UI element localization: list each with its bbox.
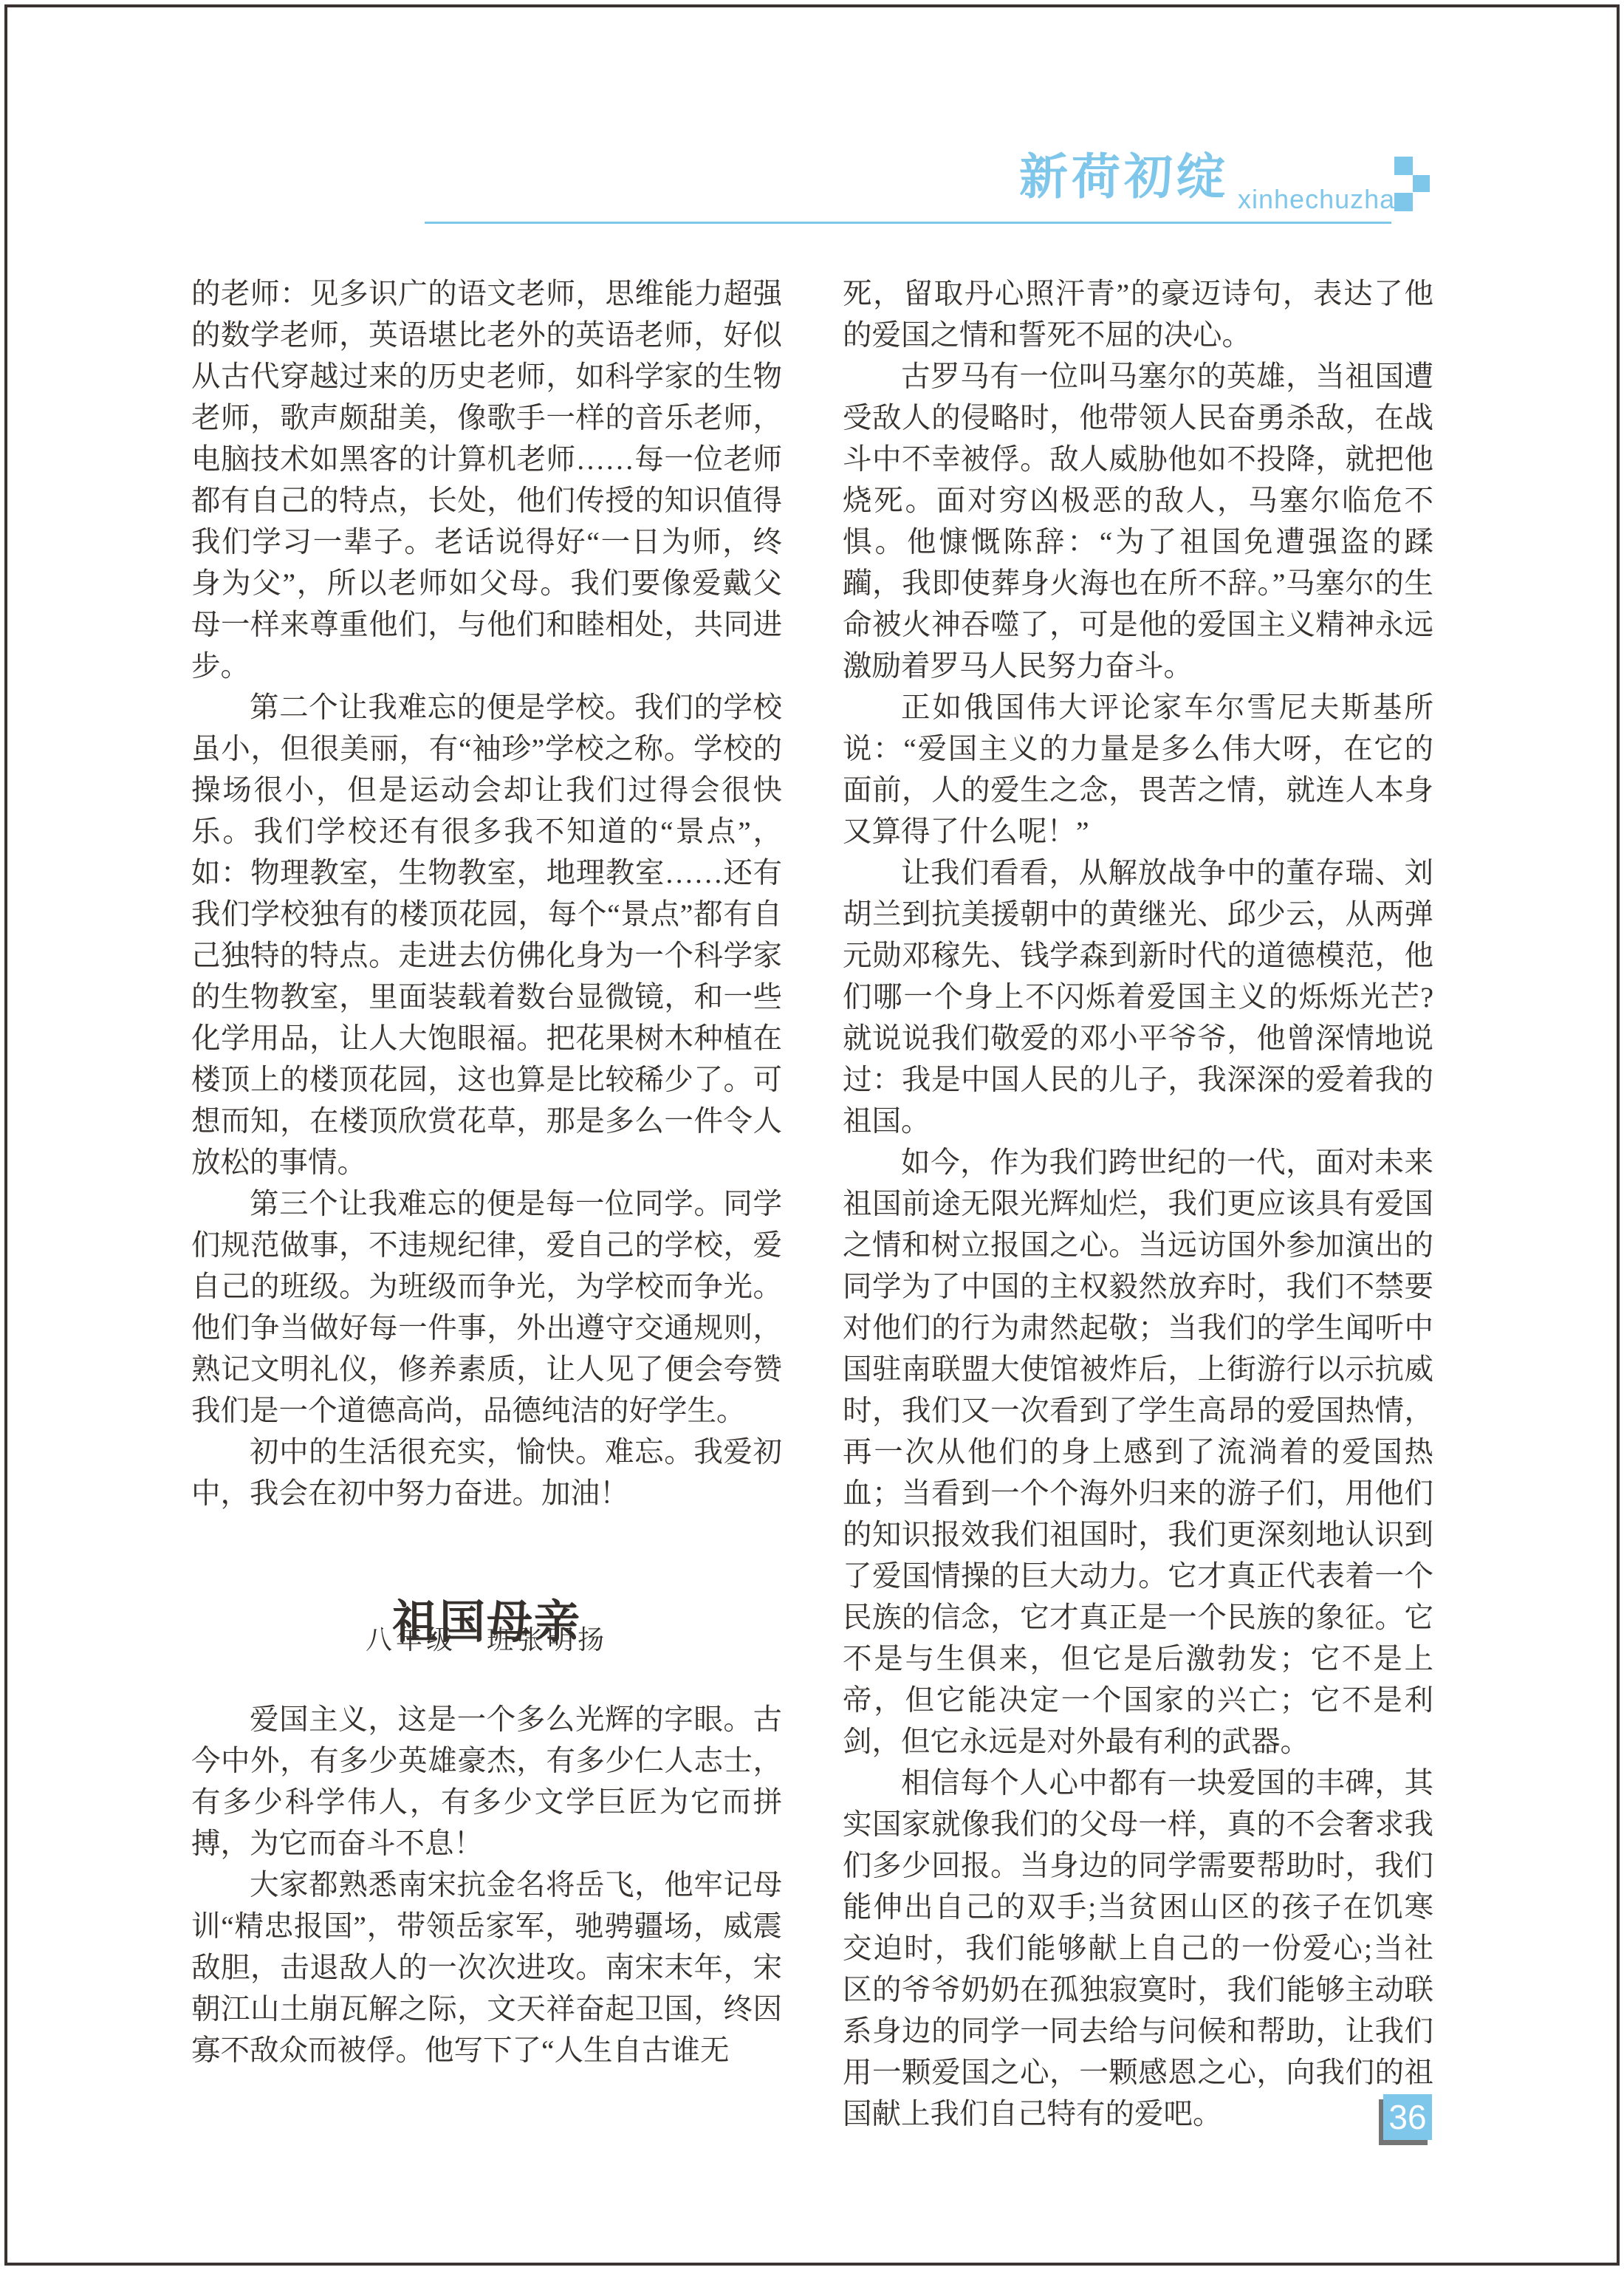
right-column: 死，留取丹心照汗青”的豪迈诗句，表达了他的爱国之情和誓死不屈的决心。古罗马有一位… (843, 273, 1433, 2231)
paragraph: 的老师：见多识广的语文老师，思维能力超强的数学老师，英语堪比老外的英语老师，好似… (191, 273, 782, 687)
paragraph: 古罗马有一位叫马塞尔的英雄，当祖国遭受敌人的侵略时，他带领人民奋勇杀敌，在战斗中… (843, 356, 1433, 687)
left-column: 的老师：见多识广的语文老师，思维能力超强的数学老师，英语堪比老外的英语老师，好似… (191, 273, 782, 2231)
decorative-square-icon (1394, 157, 1413, 175)
paragraph: 大家都熟悉南宋抗金名将岳飞，他牢记母训“精忠报国”，带领岳家军，驰骋疆场，威震敌… (191, 1864, 782, 2071)
paragraph: 正如俄国伟大评论家车尔雪尼夫斯基所说：“爱国主义的力量是多么伟大呀，在它的面前，… (843, 687, 1433, 852)
paragraph: 死，留取丹心照汗青”的豪迈诗句，表达了他的爱国之情和誓死不屈的决心。 (843, 273, 1433, 356)
magazine-title: 新荷初绽 (1019, 152, 1229, 201)
article-1-body: 的老师：见多识广的语文老师，思维能力超强的数学老师，英语堪比老外的英语老师，好似… (191, 273, 782, 1514)
magazine-title-pinyin: xinhechuzhan (1238, 186, 1411, 213)
paragraph: 第三个让我难忘的便是每一位同学。同学们规范做事，不违规纪律，爱自己的学校，爱自己… (191, 1183, 782, 1432)
paragraph: 初中的生活很充实，愉快。难忘。我爱初中，我会在初中努力奋进。加油！ (191, 1432, 782, 1514)
paragraph: 相信每个人心中都有一块爱国的丰碑，其实国家就像我们的父母一样，真的不会奢求我们多… (843, 1763, 1433, 2135)
paragraph: 第二个让我难忘的便是学校。我们的学校虽小，但很美丽，有“袖珍”学校之称。学校的操… (191, 687, 782, 1183)
article-2-byline: 八年级一班张明扬 (191, 1627, 782, 1653)
page-number-badge: 36 (1383, 2094, 1432, 2140)
decorative-square-icon (1394, 193, 1413, 211)
magazine-page: 新荷初绽 xinhechuzhan 的老师：见多识广的语文老师，思维能力超强的数… (0, 0, 1624, 2270)
paragraph: 如今，作为我们跨世纪的一代，面对未来祖国前途无限光辉灿烂，我们更应该具有爱国之情… (843, 1142, 1433, 1763)
decorative-square-icon (1413, 175, 1430, 192)
paragraph: 爱国主义，这是一个多么光辉的字眼。古今中外，有多少英雄豪杰，有多少仁人志士，有多… (191, 1699, 782, 1864)
article-2-body-right: 死，留取丹心照汗青”的豪迈诗句，表达了他的爱国之情和誓死不屈的决心。古罗马有一位… (843, 273, 1433, 2135)
header-rule (425, 222, 1391, 224)
paragraph: 让我们看看，从解放战争中的董存瑞、刘胡兰到抗美援朝中的黄继光、邱少云，从两弹元勋… (843, 852, 1433, 1142)
article-2-body-left: 爱国主义，这是一个多么光辉的字眼。古今中外，有多少英雄豪杰，有多少仁人志士，有多… (191, 1699, 782, 2071)
